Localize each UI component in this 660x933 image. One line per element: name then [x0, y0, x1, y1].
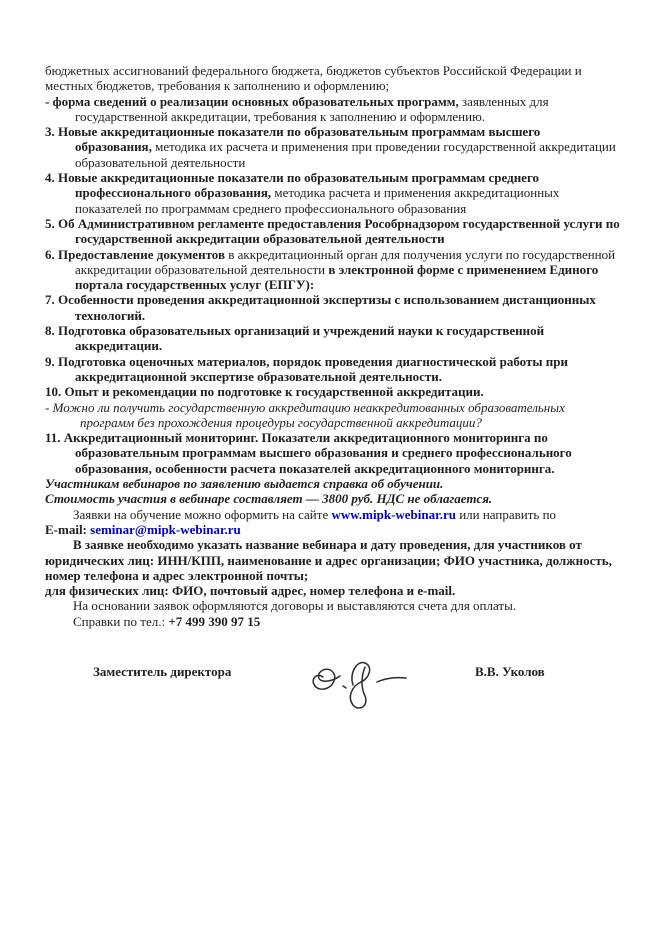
text-run: или направить по — [456, 507, 556, 522]
list-item-7: 7. Особенности проведения аккредитационн… — [45, 292, 620, 323]
signatory-position: Заместитель директора — [93, 664, 231, 679]
contracts-note: На основании заявок оформляются договоры… — [45, 598, 620, 613]
signatory-name: В.В. Уколов — [475, 664, 545, 679]
signature-icon — [307, 654, 437, 712]
note-certificate: Участникам вебинаров по заявлению выдает… — [45, 476, 620, 491]
list-item-10-question: - Можно ли получить государственную аккр… — [45, 400, 620, 431]
list-item-9: 9. Подготовка оценочных материалов, поря… — [45, 354, 620, 385]
text-run: 7. Особенности проведения аккредитационн… — [45, 292, 596, 322]
application-requirements-legal: В заявке необходимо указать название веб… — [45, 537, 620, 583]
document-page: бюджетных ассигнований федерального бюдж… — [0, 0, 660, 933]
list-item-10: 10. Опыт и рекомендации по подготовке к … — [45, 384, 620, 399]
text-run: - Можно ли получить государственную аккр… — [45, 400, 565, 430]
text-run: бюджетных ассигнований федерального бюдж… — [45, 63, 582, 93]
signature-block: Заместитель директора В.В. Уколов — [45, 664, 620, 734]
text-run: для физических лиц: ФИО, почтовый адрес,… — [45, 583, 455, 598]
list-item-8: 8. Подготовка образовательных организаци… — [45, 323, 620, 354]
list-item-dash-forma: - форма сведений о реализации основных о… — [45, 94, 620, 125]
text-run: 11. Аккредитационный мониторинг. Показат… — [45, 430, 572, 476]
text-run: 8. Подготовка образовательных организаци… — [45, 323, 544, 353]
email-link[interactable]: seminar@mipk-webinar.ru — [90, 522, 241, 537]
apply-info: Заявки на обучение можно оформить на сай… — [45, 507, 620, 522]
text-run: Стоимость участия в вебинаре составляет … — [45, 491, 492, 506]
phone-line: Справки по тел.: +7 499 390 97 15 — [45, 614, 620, 629]
text-run: Справки по тел.: — [73, 614, 168, 629]
text-run: E-mail: — [45, 522, 90, 537]
text-run: 10. Опыт и рекомендации по подготовке к … — [45, 384, 484, 399]
application-requirements-individual: для физических лиц: ФИО, почтовый адрес,… — [45, 583, 620, 598]
document-body: бюджетных ассигнований федерального бюдж… — [45, 63, 620, 734]
list-item-3: 3. Новые аккредитационные показатели по … — [45, 124, 620, 170]
text-run: Заявки на обучение можно оформить на сай… — [73, 507, 331, 522]
list-item-4: 4. Новые аккредитационные показатели по … — [45, 170, 620, 216]
list-item-6: 6. Предоставление документов в аккредита… — [45, 247, 620, 293]
website-link[interactable]: www.mipk-webinar.ru — [331, 507, 455, 522]
text-run: 6. Предоставление документов — [45, 247, 225, 262]
text-run: - форма сведений о реализации основных о… — [45, 94, 459, 109]
text-run: На основании заявок оформляются договоры… — [73, 598, 516, 613]
text-run: В заявке необходимо указать название веб… — [45, 537, 612, 583]
text-run: Участникам вебинаров по заявлению выдает… — [45, 476, 443, 491]
text-run: +7 499 390 97 15 — [168, 614, 260, 629]
list-item-11: 11. Аккредитационный мониторинг. Показат… — [45, 430, 620, 476]
text-run: 9. Подготовка оценочных материалов, поря… — [45, 354, 568, 384]
list-item-5: 5. Об Административном регламенте предос… — [45, 216, 620, 247]
note-price: Стоимость участия в вебинаре составляет … — [45, 491, 620, 506]
text-run: 5. Об Административном регламенте предос… — [45, 216, 620, 246]
intro-continuation: бюджетных ассигнований федерального бюдж… — [45, 63, 620, 94]
email-line: E-mail: seminar@mipk-webinar.ru — [45, 522, 620, 537]
text-run: методика их расчета и применения при про… — [75, 139, 616, 169]
